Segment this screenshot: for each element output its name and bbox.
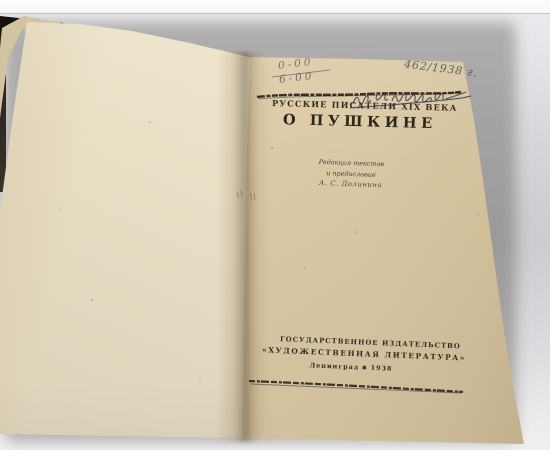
- imprint-separator-icon: ✱: [362, 365, 368, 371]
- imprint-year: 1938: [371, 364, 393, 373]
- editor-credit: Редакция текстов и предисловие А. С. Дол…: [301, 156, 400, 191]
- background-seam-line: [0, 13, 550, 14]
- gutter-shadow: [218, 52, 272, 442]
- photo-open-book: РУССКИЕ ПИСАТЕЛИ XIX ВЕКА О ПУШКИНЕ Реда…: [0, 0, 550, 450]
- book-title: О ПУШКИНЕ: [283, 111, 421, 132]
